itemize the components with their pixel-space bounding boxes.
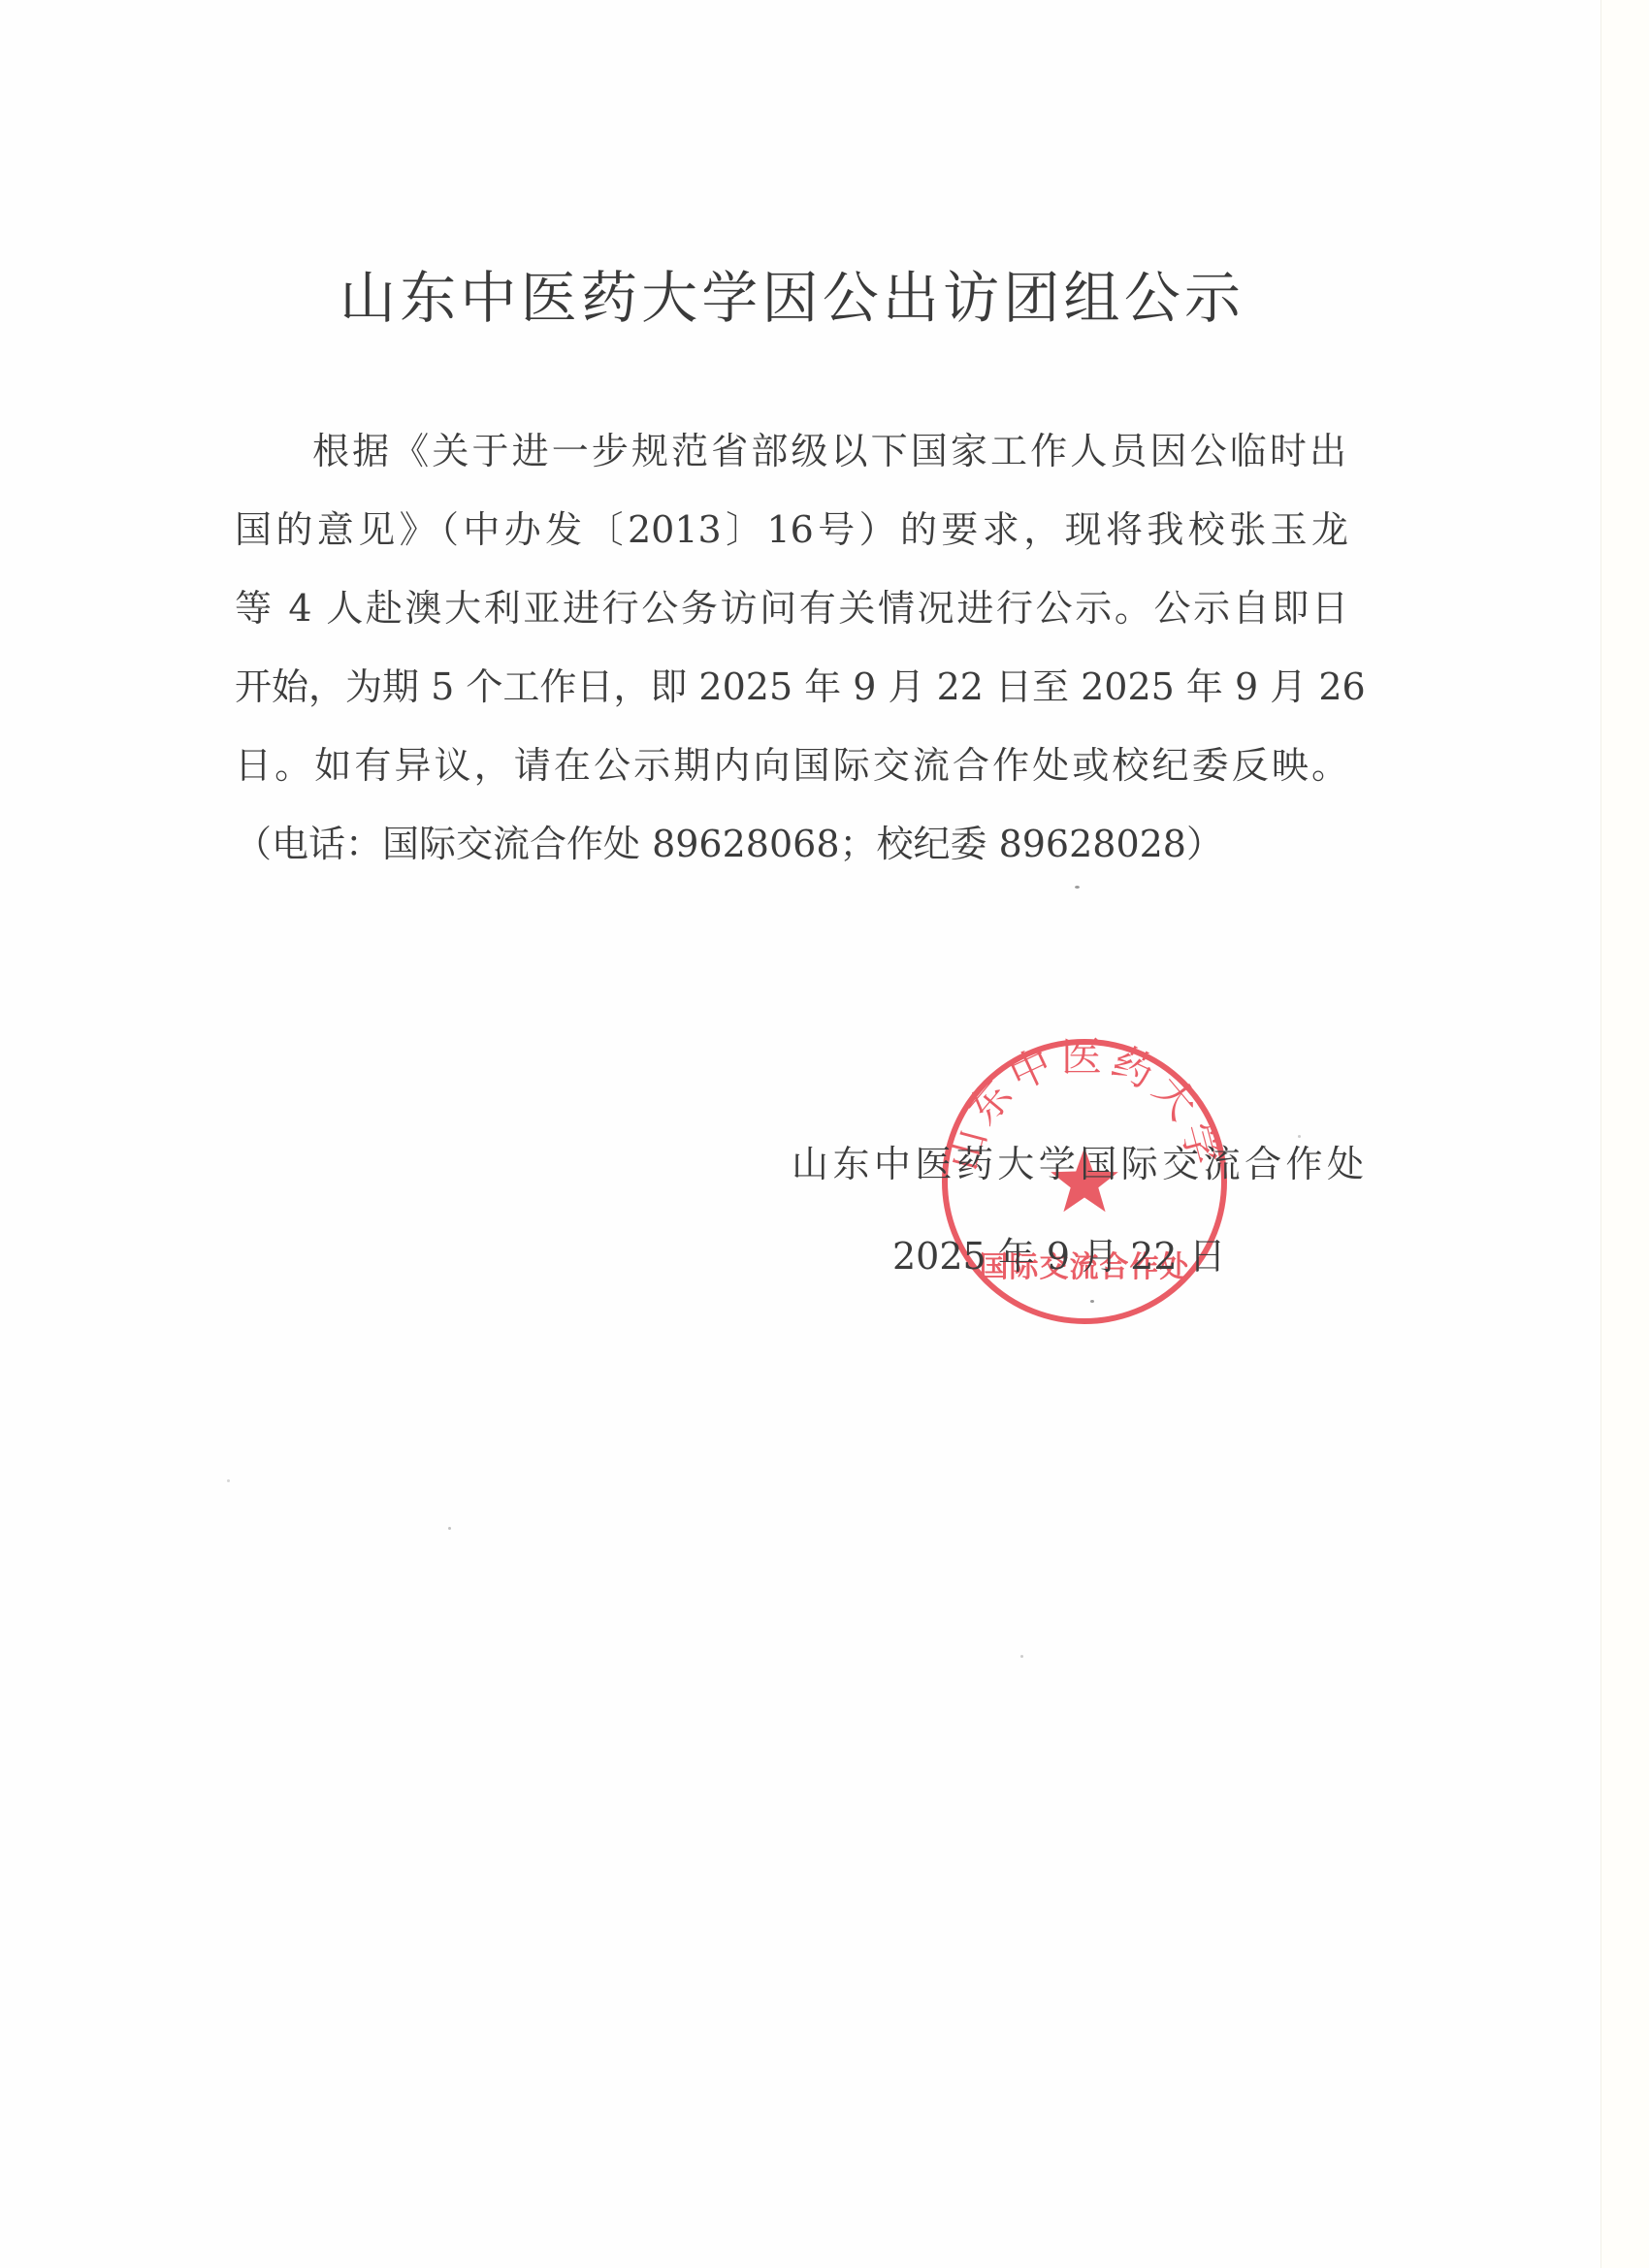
issue-date: 2025 年 9 月 22 日 xyxy=(892,1227,1203,1285)
body-line-1: 根据《关于进一步规范省部级以下国家工作人员因公临时出 xyxy=(312,412,1346,491)
document-body: 根据《关于进一步规范省部级以下国家工作人员因公临时出 国的意见》（中办发〔201… xyxy=(235,412,1348,884)
body-line-5: 日。如有异议，请在公示期内向国际交流合作处或校纪委反映。 xyxy=(235,727,1348,805)
scan-speck xyxy=(227,1479,230,1482)
scan-edge-tint xyxy=(1601,0,1649,2268)
body-line-2: 国的意见》（中办发〔2013〕16号）的要求，现将我校张玉龙 xyxy=(235,491,1348,569)
body-line-contact: （电话：国际交流合作处 89628068；校纪委 89628028） xyxy=(235,805,1348,884)
document-title: 山东中医药大学因公出访团组公示 xyxy=(339,264,1242,332)
body-line-4: 开始，为期 5 个工作日，即 2025 年 9 月 22 日至 2025 年 9… xyxy=(235,648,1348,727)
issuer-signature: 山东中医药大学国际交流合作处 xyxy=(792,1135,1364,1193)
body-line-3: 等 4 人赴澳大利亚进行公务访问有关情况进行公示。公示自即日 xyxy=(235,569,1348,648)
scan-speck xyxy=(1075,886,1080,889)
scan-speck xyxy=(448,1527,451,1530)
scan-speck xyxy=(1020,1655,1023,1658)
scan-edge-line xyxy=(1600,0,1601,2268)
scanned-page: 山东中医药大学因公出访团组公示 根据《关于进一步规范省部级以下国家工作人员因公临… xyxy=(0,0,1649,2268)
